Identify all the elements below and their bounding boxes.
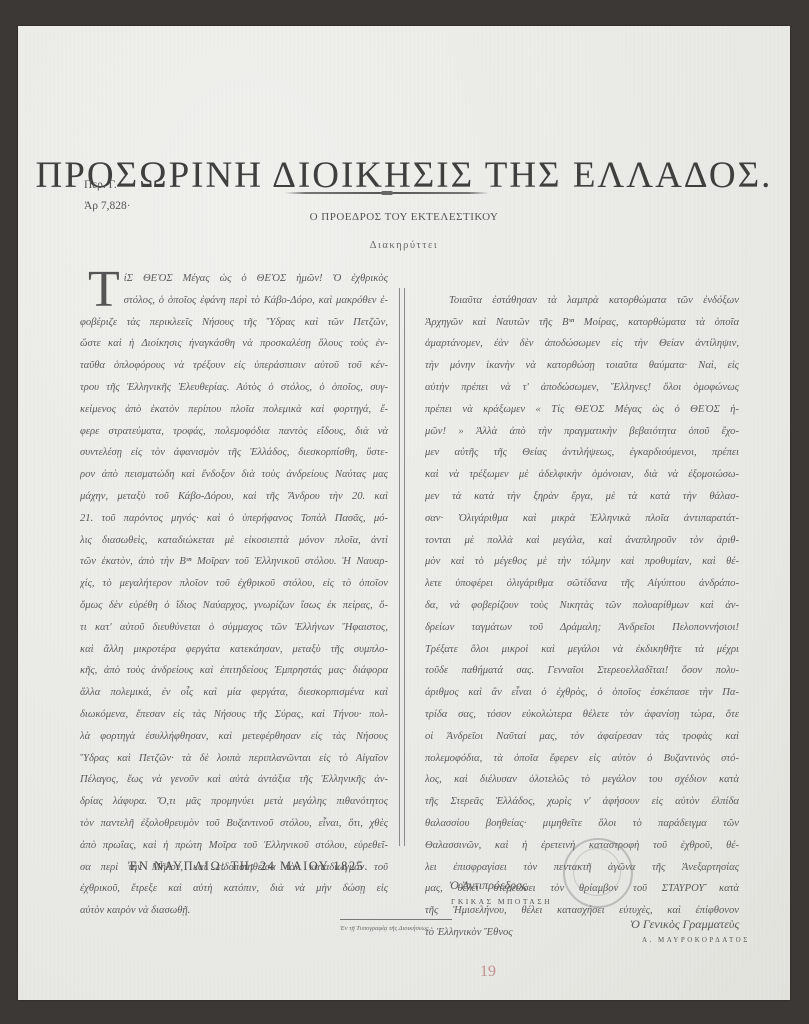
vice-president-title: Ὁ Ἀντιπρόεδρος: [449, 878, 527, 893]
text-line: τὸν παντελῆ ἐξολοθρευμὸν τοῦ Βυζαντινοῦ …: [80, 813, 388, 835]
text-line: Ἀρχηγῶν καὶ Ναυτῶν τῆς Βˢⁿ Μοίρας, κατορ…: [425, 312, 739, 334]
text-line: μάχην, μεταξὺ τοῦ Κάβο-Δόρου, καὶ τῆς Ἄν…: [80, 486, 388, 508]
text-line: λος, καὶ διέλυσαν ὁλοτελῶς τὸ μεγάλον το…: [425, 769, 739, 791]
text-line: 21. τοῦ παρόντος μηνός· καὶ ὁ ὑπερήφανος…: [80, 508, 388, 530]
text-line: κείμενος ἀπὸ ἑκατὸν περίπου πλοῖα πολεμι…: [80, 399, 388, 421]
document-page: ΠΡΟΣΩΡΙΝΗ ΔΙΟΙΚΗΣΙΣ ΤΗΣ ΕΛΛΑΔΟΣ. Περ. Γ.…: [18, 26, 790, 1000]
text-line: θαλασσίου βοηθείας· μιμηθεῖτε ὅλοι τὸ πα…: [425, 813, 739, 835]
secretary-name: Α. ΜΑΥΡΟΚΟΡΔΑΤΟΣ: [642, 936, 750, 944]
secretary-title: Ὁ Γενικὸς Γραμματεὺς: [630, 917, 739, 932]
text-line: σαν· Ὀλιγάριθμα καὶ μικρὰ Ἑλληνικὰ πλοῖα…: [425, 508, 739, 530]
text-line: ρον ἀπὸ πεισματώδη καὶ ἔνδοξον διὰ τοὺς …: [80, 464, 388, 486]
text-line: διωκόμενα, ἔπεσαν εἰς τὰς Νήσους τῆς Σύρ…: [80, 704, 388, 726]
text-line: καὶ ἄλλη μικροτέρα φεργάτα κατεκάησαν, μ…: [80, 639, 388, 661]
text-line: τονται μὲ πολλὰ καὶ μεγάλα, καὶ ἀναπληρο…: [425, 530, 739, 552]
text-line: λις διασωθεὶς, καταδιώκεται μὲ εἰκοσιεπτ…: [80, 530, 388, 552]
text-line: ίΣ ΘΕῸΣ Μέγας ὡς ὁ ΘΕῸΣ ἡμῶν! Ὁ ἐχθρικὸς: [124, 268, 388, 290]
text-line: μεν αὐτῆς τῆς Θείας ἀντιλήψεως, ἐγκαρδιο…: [425, 442, 739, 464]
text-line: δρείων ταγμάτων τοῦ Δράμαλη; Ἀνδρεῖοι Πε…: [425, 617, 739, 639]
document-title: ΠΡΟΣΩΡΙΝΗ ΔΙΟΙΚΗΣΙΣ ΤΗΣ ΕΛΛΑΔΟΣ.: [18, 154, 790, 197]
text-line: ὅμως δὲν εὑρέθη ὁ ἴδιος Ναύαρχος, γνωρίζ…: [80, 595, 388, 617]
text-line: ἄλλα πολεμικά, ἐν οἷς καὶ μία φεργάτα, δ…: [80, 682, 388, 704]
text-line: συντελέσῃ εἰς τὸν ἀφανισμὸν τῆς Ἑλλάδος,…: [80, 442, 388, 464]
ornamental-rule: [285, 192, 489, 194]
printer-imprint: Ἐν τῇ Τυπογραφίᾳ τῆς Διοικήσεως.: [340, 925, 430, 932]
printer-rule: [340, 919, 452, 920]
decree-word: Διακηρύττει: [18, 240, 790, 251]
text-line: τῶν ἑκατὸν, ἀπὸ τὴν Βˢⁿ Μοῖραν τοῦ Ἑλλην…: [80, 551, 388, 573]
text-line: στόλος, ὁ ὁποῖος ἐφάνη περὶ τὸ Κάβο-Δόρο…: [124, 290, 388, 312]
text-line: ὥστε καὶ ἡ Διοίκησις ἠναγκάσθη νὰ προσκα…: [80, 333, 388, 355]
reference-period: Περ. Γ.: [84, 179, 117, 191]
text-line: αὐτὴν πρέπει νὰ τ' ἀποδώσωμεν, Ἕλληνες! …: [425, 377, 739, 399]
text-line: λετε ὑποφέρει ὀλιγάριθμα σῶτίδανα τῆς Αἰ…: [425, 573, 739, 595]
text-line: Ὕδρας καὶ Πετζῶν· τὰ δὲ λοιπὰ περιπλανῶν…: [80, 748, 388, 770]
text-line: δρίας λάφυρα. Ὅ,τι μᾶς προμηνύει μετὰ με…: [80, 791, 388, 813]
text-line: ἐχθρικοῦ, ἔτρεξε καὶ αὐτὴ κατόπιν, διὰ ν…: [80, 878, 388, 900]
text-line: ἀπὸ πρωΐας, καὶ ἡ πρώτη Μοῖρα τοῦ Ἑλληνι…: [80, 835, 388, 857]
text-line: τὴν μόνην ἱκανὴν νὰ κατορθώσῃ τοιαῦτα θα…: [425, 355, 739, 377]
dateline: ἘΝ ΝΑΥΠΛΙΩ: ΤΗ: 24 ΜΑΙΟΥ 1825.: [128, 859, 369, 874]
text-line: οἱ Ἀνδρεῖοι Ναῦταί μας, τὸν ἀφαίρεσαν τὰ…: [425, 726, 739, 748]
text-line: πολεμοφόδια, τὰ ὁποῖα ἔφερεν εἰς αὐτὸν ὁ…: [425, 748, 739, 770]
text-line: ταῦθα ὁπλοφόρους νὰ τρέξουν εἰς ὑπεράσπι…: [80, 355, 388, 377]
text-line: τρου τῆς Ἑλληνικῆς Ἐλευθερίας. Αὐτὸς ὁ σ…: [80, 377, 388, 399]
text-line: τοῦδε παθήματά σας. Γενναῖοι Στερεοελλαδ…: [425, 660, 739, 682]
text-line: κῆς, ἀπὸ τοὺς ἀνδρείους καὶ ἐπιτηδείους …: [80, 660, 388, 682]
issuer-heading: Ο ΠΡΟΕΔΡΟΣ ΤΟΥ ΕΚΤΕΛΕΣΤΙΚΟΥ: [18, 211, 790, 223]
text-line: τρίδα σας, τόσον εὐκολώτερα θέλετε τὸν ἀ…: [425, 704, 739, 726]
text-line: χίς, τὸ μεγαλήτερον πλοῖον τοῦ ἐχθρικοῦ …: [80, 573, 388, 595]
text-line: μὸν καὶ τὸ μέγεθος μὲ τὴν τόλμην καὶ προ…: [425, 551, 739, 573]
text-line: φερε στρατεύματα, τροφάς, πολεμοφόδια πα…: [80, 421, 388, 443]
text-line: καὶ νὰ τρέξωμεν μὲ ἀδελφικὴν ὁμόνοιαν, δ…: [425, 464, 739, 486]
text-line: ἁμαρτάνομεν, ἐὰν δὲν ἀποδώσωμεν εἰς τὴν …: [425, 333, 739, 355]
text-line: μεν τὰ κατὰ τὴν ξηρὰν ἔργα, μὲ τὰ κατὰ τ…: [425, 486, 739, 508]
archive-stamp-icon: [563, 838, 633, 908]
text-line: πρέπει νὰ κράξωμεν « Τίς ΘΕῸΣ Μέγας ὡς ὁ…: [425, 399, 739, 421]
text-line: δα, νὰ φοβερίζουν τοὺς Νικητὰς τῶν πολυα…: [425, 595, 739, 617]
left-column: T ίΣ ΘΕῸΣ Μέγας ὡς ὁ ΘΕῸΣ ἡμῶν! Ὁ ἐχθρικ…: [80, 268, 388, 922]
text-line: φοβέριζε τὰς περικλεεῖς Νήσους τῆς Ὕδρας…: [80, 312, 388, 334]
text-line: τι κατ' αὐτοῦ διευθύνεται ὁ σύμμαχος τῶν…: [80, 617, 388, 639]
text-line: Πέλαγος, ἕως νὰ γενοῦν καὶ αὐτὰ ἀντάξια …: [80, 769, 388, 791]
text-line: τῆς Στερεᾶς Ἑλλάδος, χωρὶς ν' ἀφήσουν εἰ…: [425, 791, 739, 813]
pencil-annotation: 19: [480, 963, 496, 981]
vice-president-name: ΓΚΙΚΑΣ ΜΠΟΤΑΣΗ: [451, 897, 552, 906]
text-line: λὰ φορτηγὰ ἐσυλλήφθησαν, καὶ μετεφέρθησα…: [80, 726, 388, 748]
text-line: Τοιαῦτα ἐστάθησαν τὰ λαμπρὰ κατορθώματα …: [425, 290, 739, 312]
column-divider: [399, 288, 405, 846]
drop-cap: T: [88, 270, 120, 310]
text-line: μῶν! » Ἀλλὰ ἀπὸ τὴν πραγματικὴν βεβαιότη…: [425, 421, 739, 443]
text-line: άριθμος καὶ ἂν εἶναι ὁ ἐχθρὸς, ὁ ὁποῖος …: [425, 682, 739, 704]
text-line: Τρέξατε ὅλοι μικροὶ καὶ μεγάλοι νὰ ἐκδικ…: [425, 639, 739, 661]
